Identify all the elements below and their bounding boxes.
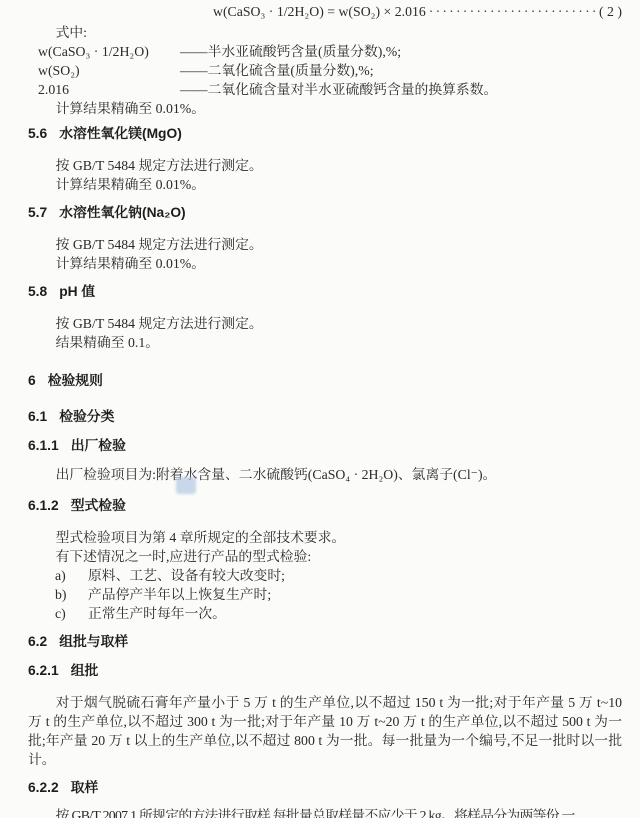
heading-title: 出厂检验: [71, 436, 126, 455]
precision-paragraph: 计算结果精确至 0.01%。: [28, 175, 622, 194]
section-heading-6-1: 6.1 检验分类: [28, 407, 622, 426]
list-item-text: 产品停产半年以上恢复生产时;: [88, 585, 622, 604]
standard-document-page: w(CaSO₃ · 1/2H₂O) = w(SO₂) × 2.016 ·····…: [0, 0, 640, 818]
definition-row: 2.016 —— 二氧化硫含量对半水亚硫酸钙含量的换算系数。: [38, 80, 622, 99]
equation-expression: w(CaSO₃ · 1/2H₂O) = w(SO₂) × 2.016: [213, 2, 426, 21]
heading-number: 6.2: [28, 632, 47, 651]
heading-number: 6.2.1: [28, 661, 59, 680]
scan-stain-watermark: [176, 477, 196, 494]
heading-title: 水溶性氧化钠(Na₂O): [59, 203, 185, 222]
definition-dash: ——: [180, 42, 208, 61]
calc-precision-note: 计算结果精确至 0.01%。: [28, 99, 622, 118]
list-item-text: 原料、工艺、设备有较大改变时;: [88, 566, 622, 585]
heading-title: 检验分类: [59, 407, 114, 426]
section-heading-6-1-2: 6.1.2 型式检验: [28, 496, 622, 515]
heading-number: 5.7: [28, 203, 47, 222]
section-heading-5-7: 5.7 水溶性氧化钠(Na₂O): [28, 203, 622, 222]
type-inspection-conditions-intro: 有下述情况之一时,应进行产品的型式检验:: [28, 547, 622, 566]
definition-row: w(CaSO₃ · 1/2H₂O) —— 半水亚硫酸钙含量(质量分数),%;: [38, 42, 622, 61]
heading-number: 6.1.1: [28, 436, 59, 455]
equation-leader-dots: ········································…: [429, 2, 596, 21]
method-paragraph: 按 GB/T 5484 规定方法进行测定。: [28, 314, 622, 333]
list-item-label: c): [55, 604, 88, 623]
method-paragraph: 按 GB/T 5484 规定方法进行测定。: [28, 235, 622, 254]
list-item-text: 正常生产时每年一次。: [88, 604, 622, 623]
heading-number: 5.6: [28, 124, 47, 143]
section-heading-5-6: 5.6 水溶性氧化镁(MgO): [28, 124, 622, 143]
list-item-label: a): [55, 566, 88, 585]
section-heading-6-2-2: 6.2.2 取样: [28, 778, 622, 797]
batching-paragraph: 对于烟气脱硫石膏年产量小于 5 万 t 的生产单位,以不超过 150 t 为一批…: [28, 693, 622, 769]
section-heading-5-8: 5.8 pH 值: [28, 282, 622, 301]
definition-desc: 二氧化硫含量(质量分数),%;: [208, 61, 622, 80]
heading-title: 水溶性氧化镁(MgO): [59, 124, 182, 143]
type-inspection-paragraph: 型式检验项目为第 4 章所规定的全部技术要求。: [28, 528, 622, 547]
heading-title: 组批: [71, 661, 99, 680]
heading-title: 组批与取样: [59, 632, 128, 651]
definition-term: 2.016: [38, 80, 180, 99]
equation-row: w(CaSO₃ · 1/2H₂O) = w(SO₂) × 2.016 ·····…: [213, 2, 622, 21]
list-item-b: b) 产品停产半年以上恢复生产时;: [55, 585, 622, 604]
definition-row: w(SO₂) —— 二氧化硫含量(质量分数),%;: [38, 61, 622, 80]
list-item-c: c) 正常生产时每年一次。: [55, 604, 622, 623]
heading-title: 检验规则: [48, 371, 103, 390]
definition-term: w(CaSO₃ · 1/2H₂O): [38, 42, 180, 61]
chapter-heading-6: 6 检验规则: [28, 371, 622, 390]
precision-paragraph: 结果精确至 0.1。: [28, 333, 622, 352]
where-label: 式中:: [28, 23, 622, 42]
section-heading-6-2: 6.2 组批与取样: [28, 632, 622, 651]
heading-title: 型式检验: [71, 496, 126, 515]
equation-number: ( 2 ): [599, 2, 622, 21]
precision-paragraph: 计算结果精确至 0.01%。: [28, 254, 622, 273]
section-heading-6-2-1: 6.2.1 组批: [28, 661, 622, 680]
sampling-paragraph: 按 GB/T 2007.1 所规定的方法进行取样,每批量总取样量不应少于 2 k…: [28, 806, 622, 818]
heading-number: 5.8: [28, 282, 47, 301]
section-heading-6-1-1: 6.1.1 出厂检验: [28, 436, 622, 455]
definition-term: w(SO₂): [38, 61, 180, 80]
heading-title: 取样: [71, 778, 99, 797]
factory-inspection-paragraph: 出厂检验项目为:附着水含量、二水硫酸钙(CaSO₄ · 2H₂O)、氯离子(Cl…: [28, 465, 622, 484]
definition-desc: 二氧化硫含量对半水亚硫酸钙含量的换算系数。: [208, 80, 622, 99]
heading-number: 6.1.2: [28, 496, 59, 515]
heading-number: 6.2.2: [28, 778, 59, 797]
method-paragraph: 按 GB/T 5484 规定方法进行测定。: [28, 156, 622, 175]
heading-title: pH 值: [59, 282, 95, 301]
list-item-a: a) 原料、工艺、设备有较大改变时;: [55, 566, 622, 585]
definition-desc: 半水亚硫酸钙含量(质量分数),%;: [208, 42, 622, 61]
heading-number: 6: [28, 371, 36, 390]
heading-number: 6.1: [28, 407, 47, 426]
list-item-label: b): [55, 585, 88, 604]
definition-dash: ——: [180, 61, 208, 80]
definition-dash: ——: [180, 80, 208, 99]
